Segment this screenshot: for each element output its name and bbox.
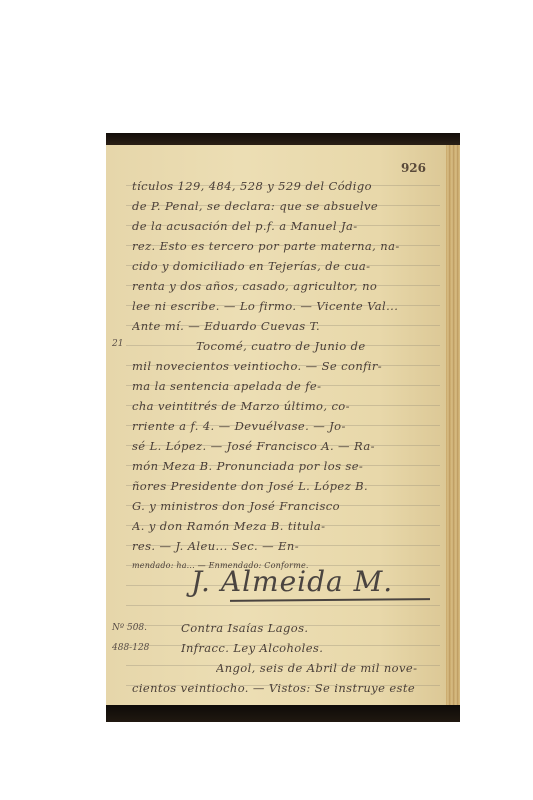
handwritten-line: rez. Esto es tercero por parte materna, … [132, 239, 432, 253]
case-heading: Infracc. Ley Alcoholes. [181, 641, 432, 655]
case-number: Nº 508. [112, 623, 147, 633]
handwritten-line: cido y domiciliado en Tejerías, de cua- [132, 259, 432, 273]
handwritten-line: A. y don Ramón Meza B. titula- [132, 519, 432, 533]
handwritten-line: Angol, seis de Abril de mil nove- [216, 661, 432, 675]
handwritten-line: res. — J. Aleu... Sec. — En- [132, 539, 432, 553]
handwritten-line: Tocomé, cuatro de Junio de [196, 339, 432, 353]
handwritten-line: ma la sentencia apelada de fe- [132, 379, 432, 393]
handwritten-line: rriente a f. 4. — Devuélvase. — Jo- [132, 419, 432, 433]
signature-underline [230, 598, 430, 601]
handwritten-line: G. y ministros don José Francisco [132, 499, 432, 513]
case-heading: Contra Isaías Lagos. [181, 621, 432, 635]
handwritten-line: Ante mí. — Eduardo Cuevas T. [132, 319, 432, 333]
handwritten-line: de P. Penal, se declara: que se absuelve [132, 199, 432, 213]
ledger-page: 926 tículos 129, 484, 528 y 529 del Códi… [106, 145, 446, 705]
entry-number: 21 [112, 339, 123, 349]
ruled-line [126, 605, 440, 606]
handwritten-line: ñores Presidente don José L. López B. [132, 479, 432, 493]
handwritten-line: cha veintitrés de Marzo último, co- [132, 399, 432, 413]
handwritten-line: tículos 129, 484, 528 y 529 del Código [132, 179, 432, 193]
top-shadow-band [106, 133, 460, 145]
handwritten-line: sé L. López. — José Francisco A. — Ra- [132, 439, 432, 453]
handwritten-line: cientos veintiocho. — Vistos: Se instruy… [132, 681, 432, 695]
document-photo: 926 tículos 129, 484, 528 y 529 del Códi… [106, 133, 460, 722]
handwritten-line: renta y dos años, casado, agricultor, no [132, 279, 432, 293]
case-reference: 488-128 [112, 643, 149, 653]
signature: J. Almeida M. [191, 565, 393, 598]
book-page-edge [446, 145, 460, 705]
bottom-shadow-band [106, 705, 460, 722]
handwritten-line: de la acusación del p.f. a Manuel Ja- [132, 219, 432, 233]
page-number: 926 [401, 161, 426, 175]
handwritten-line: món Meza B. Pronunciada por los se- [132, 459, 432, 473]
handwritten-line: mil novecientos veintiocho. — Se confir- [132, 359, 432, 373]
handwritten-line: lee ni escribe. — Lo firmo. — Vicente Va… [132, 299, 432, 313]
